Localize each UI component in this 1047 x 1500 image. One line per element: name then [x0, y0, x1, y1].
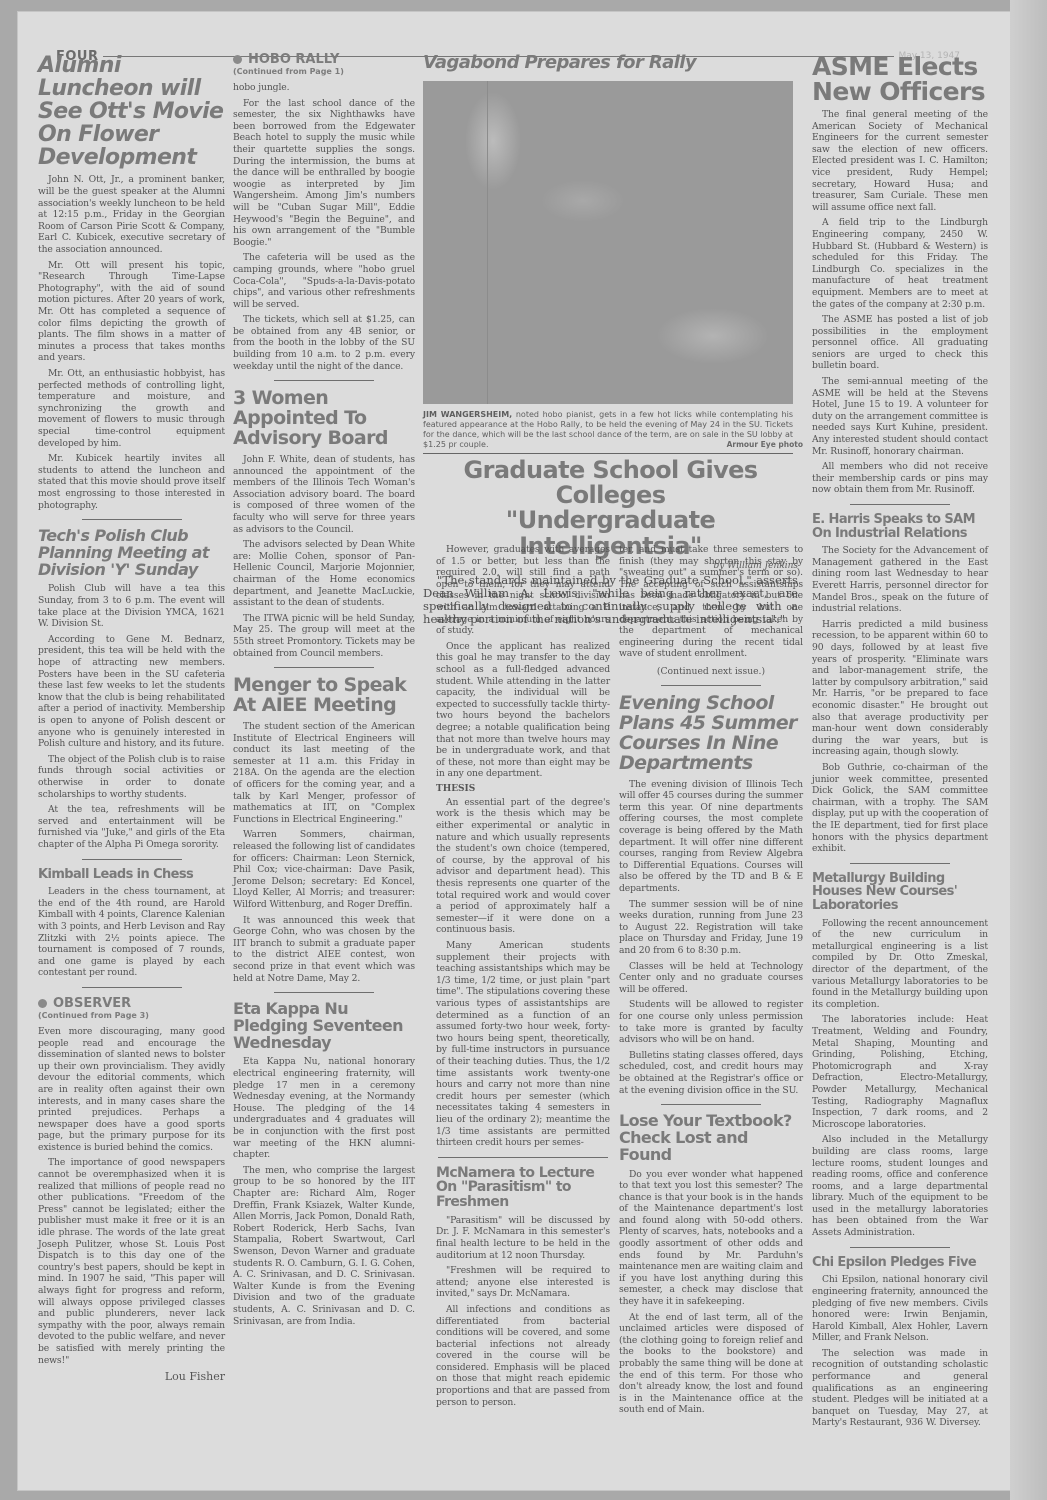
paragraph: It was announced this week that George C…: [233, 915, 415, 985]
article-polish-club: Tech's Polish Club Planning Meeting at D…: [38, 528, 225, 850]
paragraph: Mr. Ott, an enthusiastic hobbyist, has p…: [38, 368, 225, 449]
headline: Metallurgy Building Houses New Courses' …: [812, 872, 988, 913]
article-alumni: Alumni Luncheon will See Ott's Movie On …: [38, 54, 225, 511]
jump-head: OBSERVER: [38, 996, 225, 1011]
bullet-icon: [38, 999, 47, 1008]
paragraph: The student section of the American Inst…: [233, 721, 415, 825]
article-eta-kappa-nu: Eta Kappa Nu Pledging Seventeen Wednesda…: [233, 1001, 415, 1327]
paragraph: A field trip to the Lindburgh Engineerin…: [812, 217, 988, 310]
column-2: HOBO RALLY (Continued from Page 1) hobo …: [233, 52, 415, 1331]
caption-name: JIM WANGERSHEIM,: [423, 410, 512, 419]
paragraph: Many American students supplement their …: [436, 940, 610, 1149]
subhead-thesis: THESIS: [436, 784, 610, 794]
headline: 3 Women Appointed To Advisory Board: [233, 389, 415, 449]
paragraph: Classes will be held at Technology Cente…: [619, 961, 803, 996]
article-chess: Kimball Leads in Chess Leaders in the ch…: [38, 868, 225, 979]
separator-rule: [82, 519, 182, 520]
paragraph: Warren Sommers, chairman, released the f…: [233, 829, 415, 910]
paragraph: Chi Epsilon, national honorary civil eng…: [812, 1274, 988, 1344]
paragraph: "Freshmen will be required to attend; an…: [436, 1265, 610, 1300]
article-lost-textbook: Lose Your Textbook? Check Lost and Found…: [619, 1113, 803, 1416]
jump-continued-note: (Continued from Page 3): [38, 1011, 225, 1020]
separator-rule: [661, 685, 761, 686]
paragraph: Eta Kappa Nu, national honorary electric…: [233, 1056, 415, 1160]
separator-rule: [850, 1247, 950, 1248]
paragraph: Bob Guthrie, co-chairman of the junior w…: [812, 762, 988, 855]
column-1: Alumni Luncheon will See Ott's Movie On …: [38, 52, 225, 1383]
separator-rule: [82, 859, 182, 860]
photo-feature: Vagabond Prepares for Rally JIM WANGERSH…: [423, 52, 803, 454]
separator-rule: [850, 504, 950, 505]
paragraph: "Parasitism" will be discussed by Dr. J.…: [436, 1215, 610, 1261]
paragraph: John N. Ott, Jr., a prominent banker, wi…: [38, 174, 225, 255]
paragraph: At the tea, refreshments will be served …: [38, 804, 225, 850]
caption-rule: [423, 453, 793, 454]
paragraph: Even more discouraging, many good people…: [38, 1026, 225, 1154]
jump-continued-note: (Continued from Page 1): [233, 67, 415, 76]
paragraph: The advisors selected by Dean White are:…: [233, 539, 415, 609]
author-signature: Lou Fisher: [38, 1370, 225, 1383]
separator-rule: [274, 992, 374, 993]
column-5: ASME Elects New Officers The final gener…: [812, 52, 988, 1433]
paragraph: Mr. Kubicek heartily invites all student…: [38, 453, 225, 511]
separator-rule: [850, 863, 950, 864]
jump-head: HOBO RALLY: [233, 52, 415, 67]
newspaper-page: FOUR May 13, 1947 Alumni Luncheon will S…: [18, 12, 1030, 1490]
article-observer: OBSERVER (Continued from Page 3) Even mo…: [38, 996, 225, 1383]
paragraph: The cafeteria will be used as the campin…: [233, 252, 415, 310]
headline: Evening School Plans 45 Summer Courses I…: [619, 694, 803, 774]
headline: Eta Kappa Nu Pledging Seventeen Wednesda…: [233, 1001, 415, 1051]
paragraph: Leaders in the chess tournament, at the …: [38, 886, 225, 979]
paragraph: According to Gene M. Bednarz, president,…: [38, 634, 225, 750]
headline: ASME Elects New Officers: [812, 54, 988, 104]
article-women-advisory: 3 Women Appointed To Advisory Board John…: [233, 389, 415, 659]
separator-rule: [274, 667, 374, 668]
paragraph: All infections and conditions as differe…: [436, 1304, 610, 1408]
paragraph: However, graduates with averages of 1.5 …: [436, 544, 610, 637]
paragraph: The summer session will be of nine weeks…: [619, 899, 803, 957]
paragraph: Do you ever wonder what happened to that…: [619, 1169, 803, 1308]
paragraph: hobo jungle.: [233, 82, 415, 94]
separator-rule: [82, 987, 182, 988]
article-metallurgy: Metallurgy Building Houses New Courses' …: [812, 872, 988, 1239]
headline-line-1: Graduate School Gives Colleges: [423, 458, 798, 508]
paragraph: For the last school dance of the semeste…: [233, 98, 415, 249]
paragraph: The importance of good newspapers cannot…: [38, 1157, 225, 1366]
page-edge: [1010, 0, 1047, 1500]
paragraph: Polish Club will have a tea this Sunday,…: [38, 583, 225, 629]
paragraph: John F. White, dean of students, has ann…: [233, 454, 415, 535]
paragraph: The semi-annual meeting of the ASME will…: [812, 376, 988, 457]
headline: Tech's Polish Club Planning Meeting at D…: [38, 528, 225, 578]
headline: McNamera to Lecture On "Parasitism" to F…: [436, 1166, 610, 1210]
paragraph: The Society for the Advancement of Manag…: [812, 545, 988, 615]
photo-headline: Vagabond Prepares for Rally: [423, 54, 803, 73]
paragraph: The selection was made in recognition of…: [812, 1348, 988, 1429]
paragraph: Also included in the Metallurgy building…: [812, 1134, 988, 1238]
headline: Lose Your Textbook? Check Lost and Found: [619, 1113, 803, 1163]
headline: Menger to Speak At AIEE Meeting: [233, 676, 415, 716]
photo-fold-line: [487, 81, 488, 404]
photo-jim-wangersheim: [423, 81, 793, 404]
paragraph: The tickets, which sell at $1.25, can be…: [233, 314, 415, 372]
paragraph: Once the applicant has realized this goa…: [436, 641, 610, 780]
article-sam: E. Harris Speaks to SAM On Industrial Re…: [812, 513, 988, 855]
column-4: ter, and must take three semesters to fi…: [619, 544, 803, 1420]
continued-note: (Continued next issue.): [619, 666, 803, 677]
article-chi-epsilon: Chi Epsilon Pledges Five Chi Epsilon, na…: [812, 1256, 988, 1429]
paragraph: The ITWA picnic will be held Sunday, May…: [233, 613, 415, 659]
paragraph: The object of the Polish club is to rais…: [38, 754, 225, 800]
separator-rule: [438, 1157, 608, 1158]
headline: E. Harris Speaks to SAM On Industrial Re…: [812, 513, 988, 540]
paragraph: The final general meeting of the America…: [812, 109, 988, 213]
article-evening-school: Evening School Plans 45 Summer Courses I…: [619, 694, 803, 1096]
paragraph: ter, and must take three semesters to fi…: [619, 544, 803, 660]
paragraph: The men, who comprise the largest group …: [233, 1165, 415, 1327]
paragraph: Following the recent announcement of the…: [812, 918, 988, 1011]
paragraph: An essential part of the degree's work i…: [436, 797, 610, 936]
headline: Alumni Luncheon will See Ott's Movie On …: [38, 54, 225, 169]
article-menger: Menger to Speak At AIEE Meeting The stud…: [233, 676, 415, 984]
article-hobo-rally: HOBO RALLY (Continued from Page 1) hobo …: [233, 52, 415, 372]
paragraph: Students will be allowed to register for…: [619, 999, 803, 1045]
column-3: However, graduates with averages of 1.5 …: [436, 544, 610, 1412]
paragraph: The laboratories include: Heat Treatment…: [812, 1014, 988, 1130]
separator-rule: [661, 1104, 761, 1105]
bullet-icon: [233, 55, 242, 64]
separator-rule: [274, 380, 374, 381]
paragraph: At the end of last term, all of the uncl…: [619, 1312, 803, 1416]
article-asme: ASME Elects New Officers The final gener…: [812, 54, 988, 496]
paragraph: Mr. Ott will present his topic, "Researc…: [38, 260, 225, 364]
paragraph: All members who did not receive their me…: [812, 461, 988, 496]
paragraph: The evening division of Illinois Tech wi…: [619, 779, 803, 895]
paragraph: Harris predicted a mild business recessi…: [812, 619, 988, 758]
headline: Chi Epsilon Pledges Five: [812, 1256, 988, 1270]
paragraph: The ASME has posted a list of job possib…: [812, 314, 988, 372]
jump-title: OBSERVER: [53, 996, 131, 1011]
jump-title: HOBO RALLY: [248, 52, 339, 67]
paragraph: Bulletins stating classes offered, days …: [619, 1050, 803, 1096]
article-mcnamara: McNamera to Lecture On "Parasitism" to F…: [436, 1166, 610, 1409]
headline: Kimball Leads in Chess: [38, 868, 225, 882]
